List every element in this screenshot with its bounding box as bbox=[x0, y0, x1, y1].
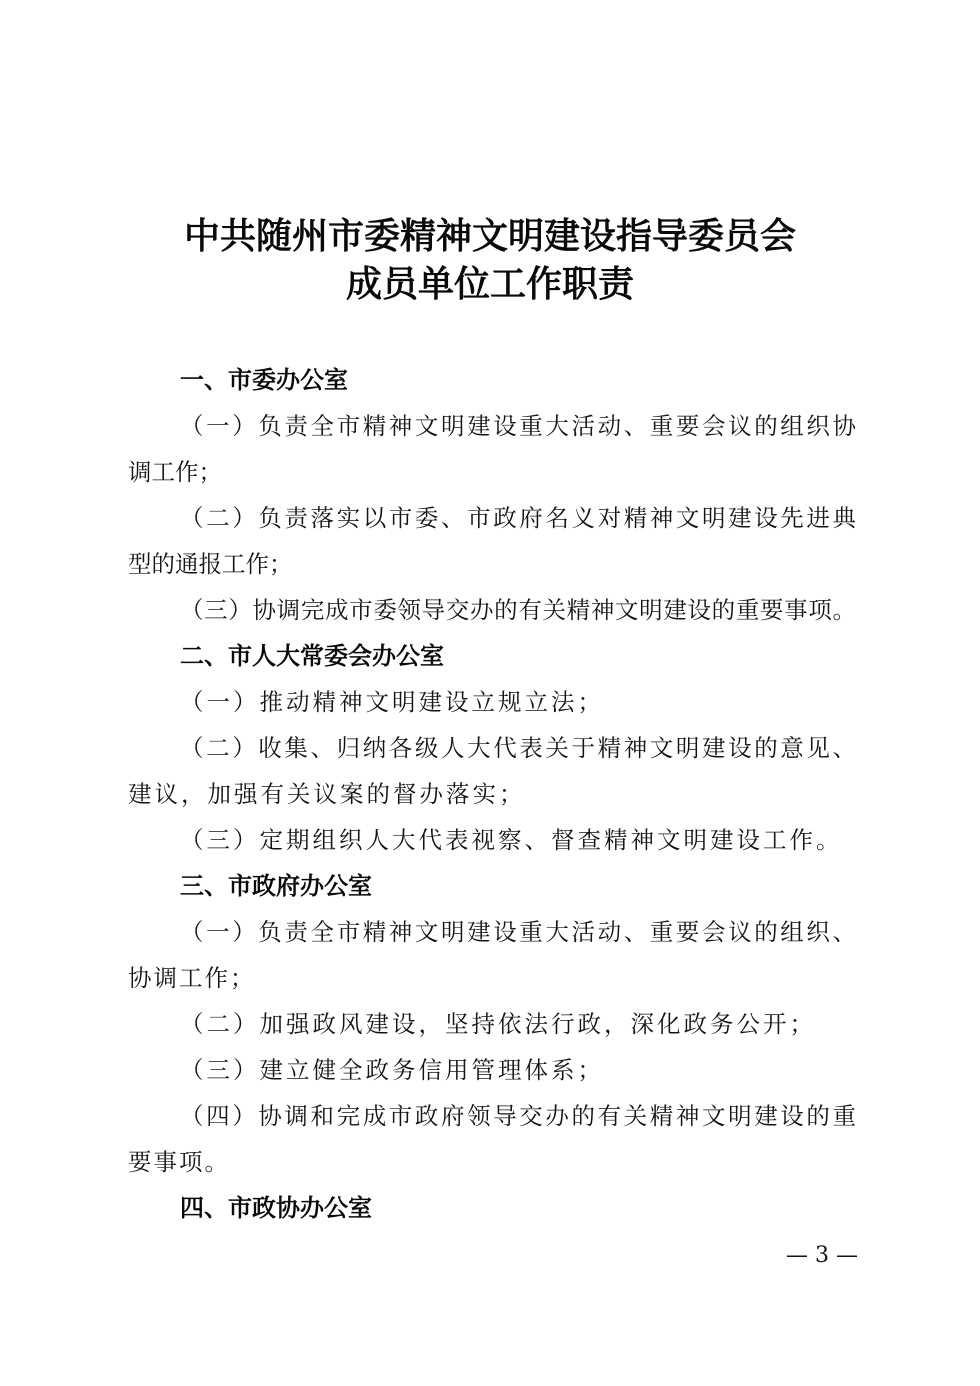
section-heading-3: 三、市政府办公室 bbox=[180, 870, 372, 902]
page-number: — 3 — bbox=[770, 1240, 858, 1272]
section-2-item-3-line-1: （三）定期组织人大代表视察、督查精神文明建设工作。 bbox=[180, 824, 910, 856]
document-page: 中共随州市委精神文明建设指导委员会 成员单位工作职责 一、市委办公室 （一）负责… bbox=[0, 0, 980, 1386]
section-3-item-2-line-1: （二）加强政风建设，坚持依法行政，深化政务公开； bbox=[180, 1008, 910, 1040]
document-title-line-1: 中共随州市委精神文明建设指导委员会 bbox=[0, 214, 980, 258]
section-1-item-1-line-2: 调工作； bbox=[128, 456, 858, 488]
section-1-item-1-line-1: （一）负责全市精神文明建设重大活动、重要会议的组织协 bbox=[180, 410, 856, 442]
section-heading-1: 一、市委办公室 bbox=[180, 364, 348, 396]
section-2-item-2-line-2: 建议，加强有关议案的督办落实； bbox=[128, 778, 858, 810]
document-title-line-2: 成员单位工作职责 bbox=[0, 262, 980, 306]
section-3-item-1-line-1: （一）负责全市精神文明建设重大活动、重要会议的组织、 bbox=[180, 916, 856, 948]
section-3-item-4-line-1: （四）协调和完成市政府领导交办的有关精神文明建设的重 bbox=[180, 1100, 856, 1132]
section-3-item-1-line-2: 协调工作； bbox=[128, 962, 858, 994]
section-1-item-2-line-2: 型的通报工作； bbox=[128, 548, 858, 580]
section-1-item-3-line-1: （三）协调完成市委领导交办的有关精神文明建设的重要事项。 bbox=[180, 594, 856, 626]
section-heading-4: 四、市政协办公室 bbox=[180, 1192, 372, 1224]
section-3-item-4-line-2: 要事项。 bbox=[128, 1146, 858, 1178]
section-heading-2: 二、市人大常委会办公室 bbox=[180, 640, 444, 672]
section-2-item-2-line-1: （二）收集、归纳各级人大代表关于精神文明建设的意见、 bbox=[180, 732, 856, 764]
section-3-item-3-line-1: （三）建立健全政务信用管理体系； bbox=[180, 1054, 910, 1086]
section-2-item-1-line-1: （一）推动精神文明建设立规立法； bbox=[180, 686, 910, 718]
section-1-item-2-line-1: （二）负责落实以市委、市政府名义对精神文明建设先进典 bbox=[180, 502, 856, 534]
